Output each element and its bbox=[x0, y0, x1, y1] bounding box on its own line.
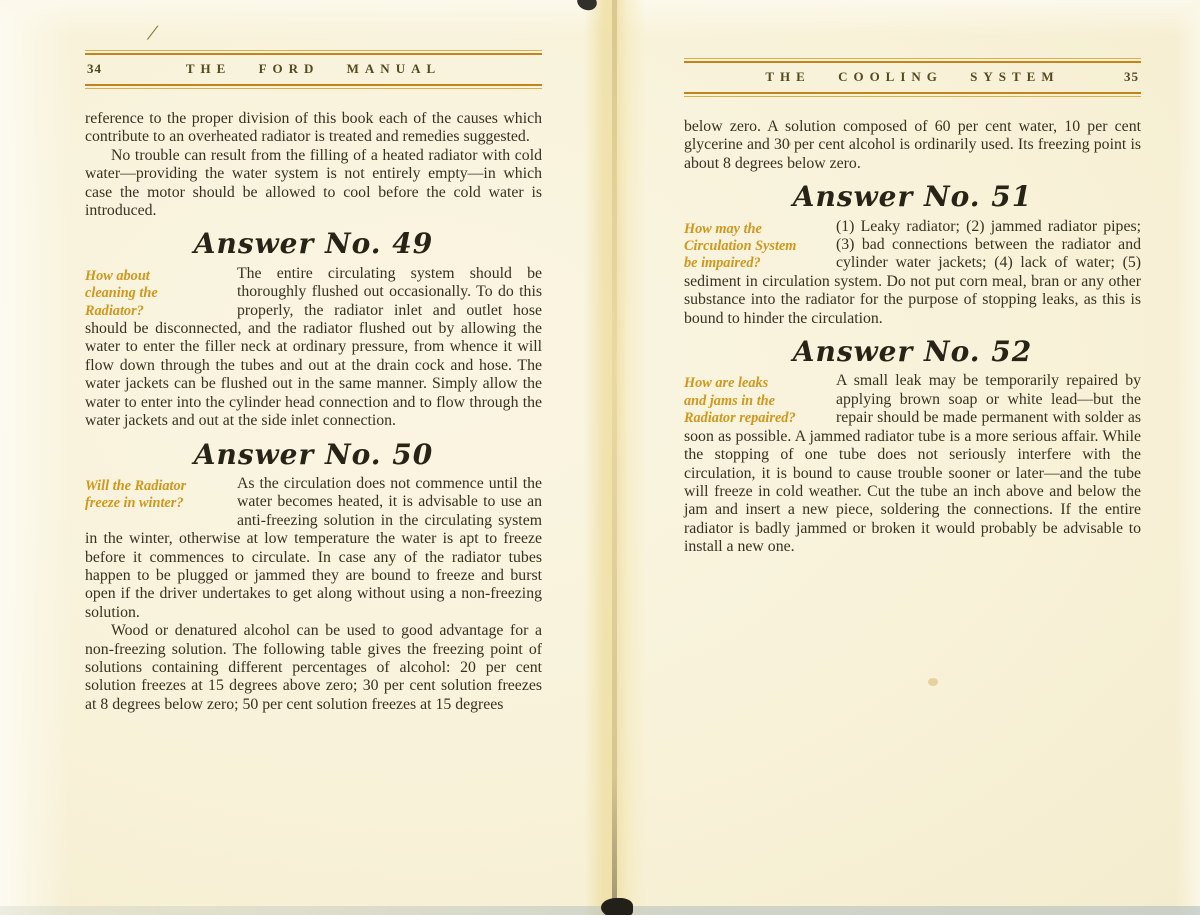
answer-49-heading: Answer No. 49 bbox=[85, 235, 542, 253]
answer-50-heading: Answer No. 50 bbox=[85, 446, 542, 464]
page-edge-right bbox=[1176, 0, 1200, 915]
paper-speck bbox=[928, 678, 938, 686]
paper-speck bbox=[787, 142, 791, 146]
answer-51-side-note: How may the Circulation System be impair… bbox=[684, 218, 836, 273]
right-page-number: 35 bbox=[1099, 69, 1139, 85]
intro-paragraph: below zero. A solution composed of 60 pe… bbox=[684, 118, 1141, 173]
left-page-header: 34 THE FORD MANUAL bbox=[85, 50, 542, 89]
answer-49-side-note: How about cleaning the Radiator? bbox=[85, 265, 237, 320]
answer-50-side-note: Will the Radiator freeze in winter? bbox=[85, 475, 237, 513]
scan-bottom-strip bbox=[0, 906, 1200, 915]
header-rule-bottom bbox=[684, 92, 1141, 97]
answer-52-side-note: How are leaks and jams in the Radiator r… bbox=[684, 372, 836, 427]
answer-51-heading: Answer No. 51 bbox=[684, 188, 1141, 206]
left-page-number: 34 bbox=[87, 61, 127, 77]
answer-52-body: How are leaks and jams in the Radiator r… bbox=[684, 372, 1141, 556]
header-rule-bottom bbox=[85, 84, 542, 89]
page-edge-left bbox=[0, 0, 70, 915]
left-running-title: THE FORD MANUAL bbox=[127, 61, 500, 77]
right-page-body: below zero. A solution composed of 60 pe… bbox=[684, 118, 1141, 557]
gutter-crease bbox=[612, 0, 617, 915]
intro-paragraph: reference to the proper division of this… bbox=[85, 110, 542, 147]
answer-49-body: How about cleaning the Radiator? The ent… bbox=[85, 265, 542, 431]
answer-50-body: Will the Radiator freeze in winter? As t… bbox=[85, 475, 542, 714]
left-page: 34 THE FORD MANUAL reference to the prop… bbox=[85, 50, 542, 714]
answer-51-body: How may the Circulation System be impair… bbox=[684, 218, 1141, 328]
right-page: THE COOLING SYSTEM 35 below zero. A solu… bbox=[684, 58, 1141, 557]
right-page-header: THE COOLING SYSTEM 35 bbox=[684, 58, 1141, 97]
intro-paragraph: No trouble can result from the filling o… bbox=[85, 147, 542, 221]
gutter-ink-blob-bottom bbox=[601, 898, 633, 915]
answer-52-heading: Answer No. 52 bbox=[684, 343, 1141, 361]
answer-50-paragraph: Wood or denatured alcohol can be used to… bbox=[85, 622, 542, 714]
book-scan: / 34 THE FORD MANUAL reference to the pr… bbox=[0, 0, 1200, 915]
right-running-title: THE COOLING SYSTEM bbox=[726, 69, 1099, 85]
left-page-body: reference to the proper division of this… bbox=[85, 110, 542, 714]
